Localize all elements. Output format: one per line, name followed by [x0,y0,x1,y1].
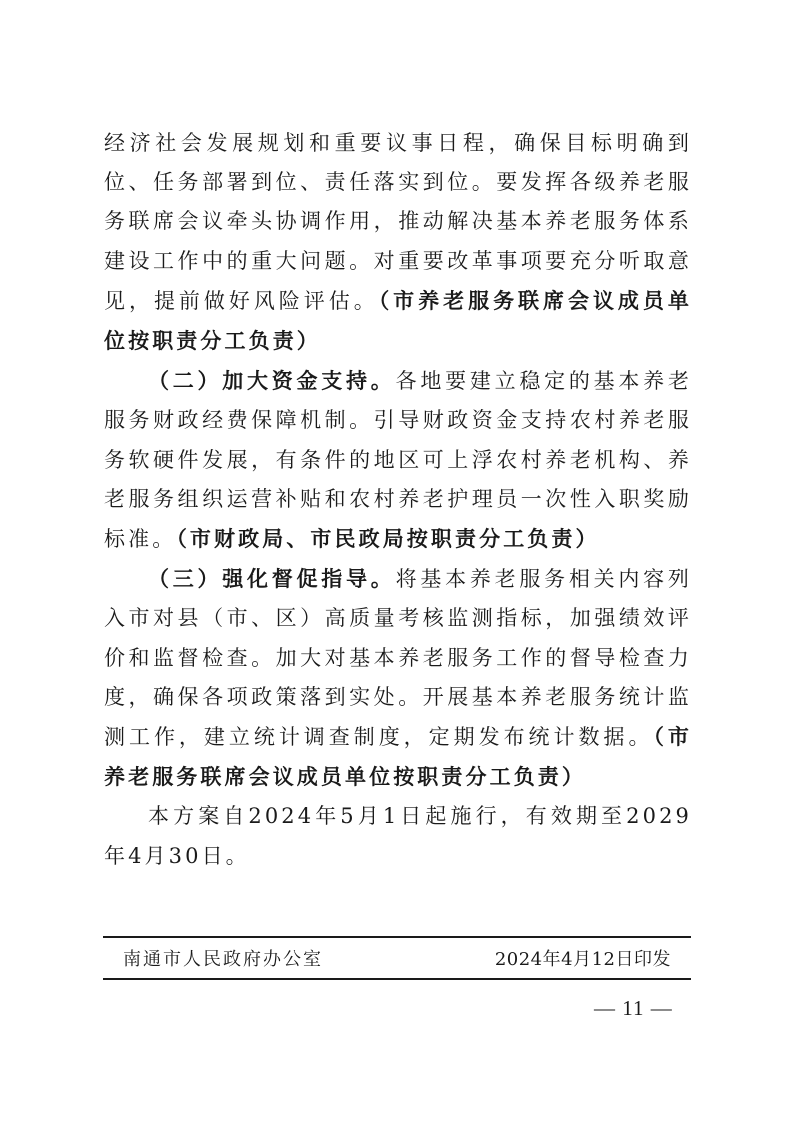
paragraph-2: （二）加大资金支持。各地要建立稳定的基本养老服务财政经费保障机制。引导财政资金支… [104,361,692,559]
paragraph-2-heading: （二）加大资金支持。 [148,368,396,393]
page-number: — 11 — [594,996,673,1021]
paragraph-1: 经济社会发展规划和重要议事日程，确保目标明确到位、任务部署到位、责任落实到位。要… [104,124,692,361]
document-page: 经济社会发展规划和重要议事日程，确保目标明确到位、任务部署到位、责任落实到位。要… [0,0,794,1123]
paragraph-2-responsibility: （市财政局、市民政局按职责分工负责） [176,526,599,551]
paragraph-3-text: 将基本养老服务相关内容列入市对县（市、区）高质量考核监测指标，加强绩效评价和监督… [104,567,692,749]
imprint-footer: 南通市人民政府办公室 2024年4月12日印发 [103,936,691,980]
issue-date: 2024年4月12日印发 [495,945,671,971]
paragraph-1-text: 经济社会发展规划和重要议事日程，确保目标明确到位、任务部署到位、责任落实到位。要… [104,131,692,313]
paragraph-3-heading: （三）强化督促指导。 [148,566,396,591]
body-text: 经济社会发展规划和重要议事日程，确保目标明确到位、任务部署到位、责任落实到位。要… [104,124,692,876]
effective-date-text: 本方案自2024年5月1日起施行，有效期至2029年4月30日。 [104,804,692,867]
paragraph-effective-date: 本方案自2024年5月1日起施行，有效期至2029年4月30日。 [104,797,692,875]
issuer-name: 南通市人民政府办公室 [123,945,323,971]
paragraph-2-text: 各地要建立稳定的基本养老服务财政经费保障机制。引导财政资金支持农村养老服务软硬件… [104,369,692,551]
paragraph-3: （三）强化督促指导。将基本养老服务相关内容列入市对县（市、区）高质量考核监测指标… [104,559,692,797]
